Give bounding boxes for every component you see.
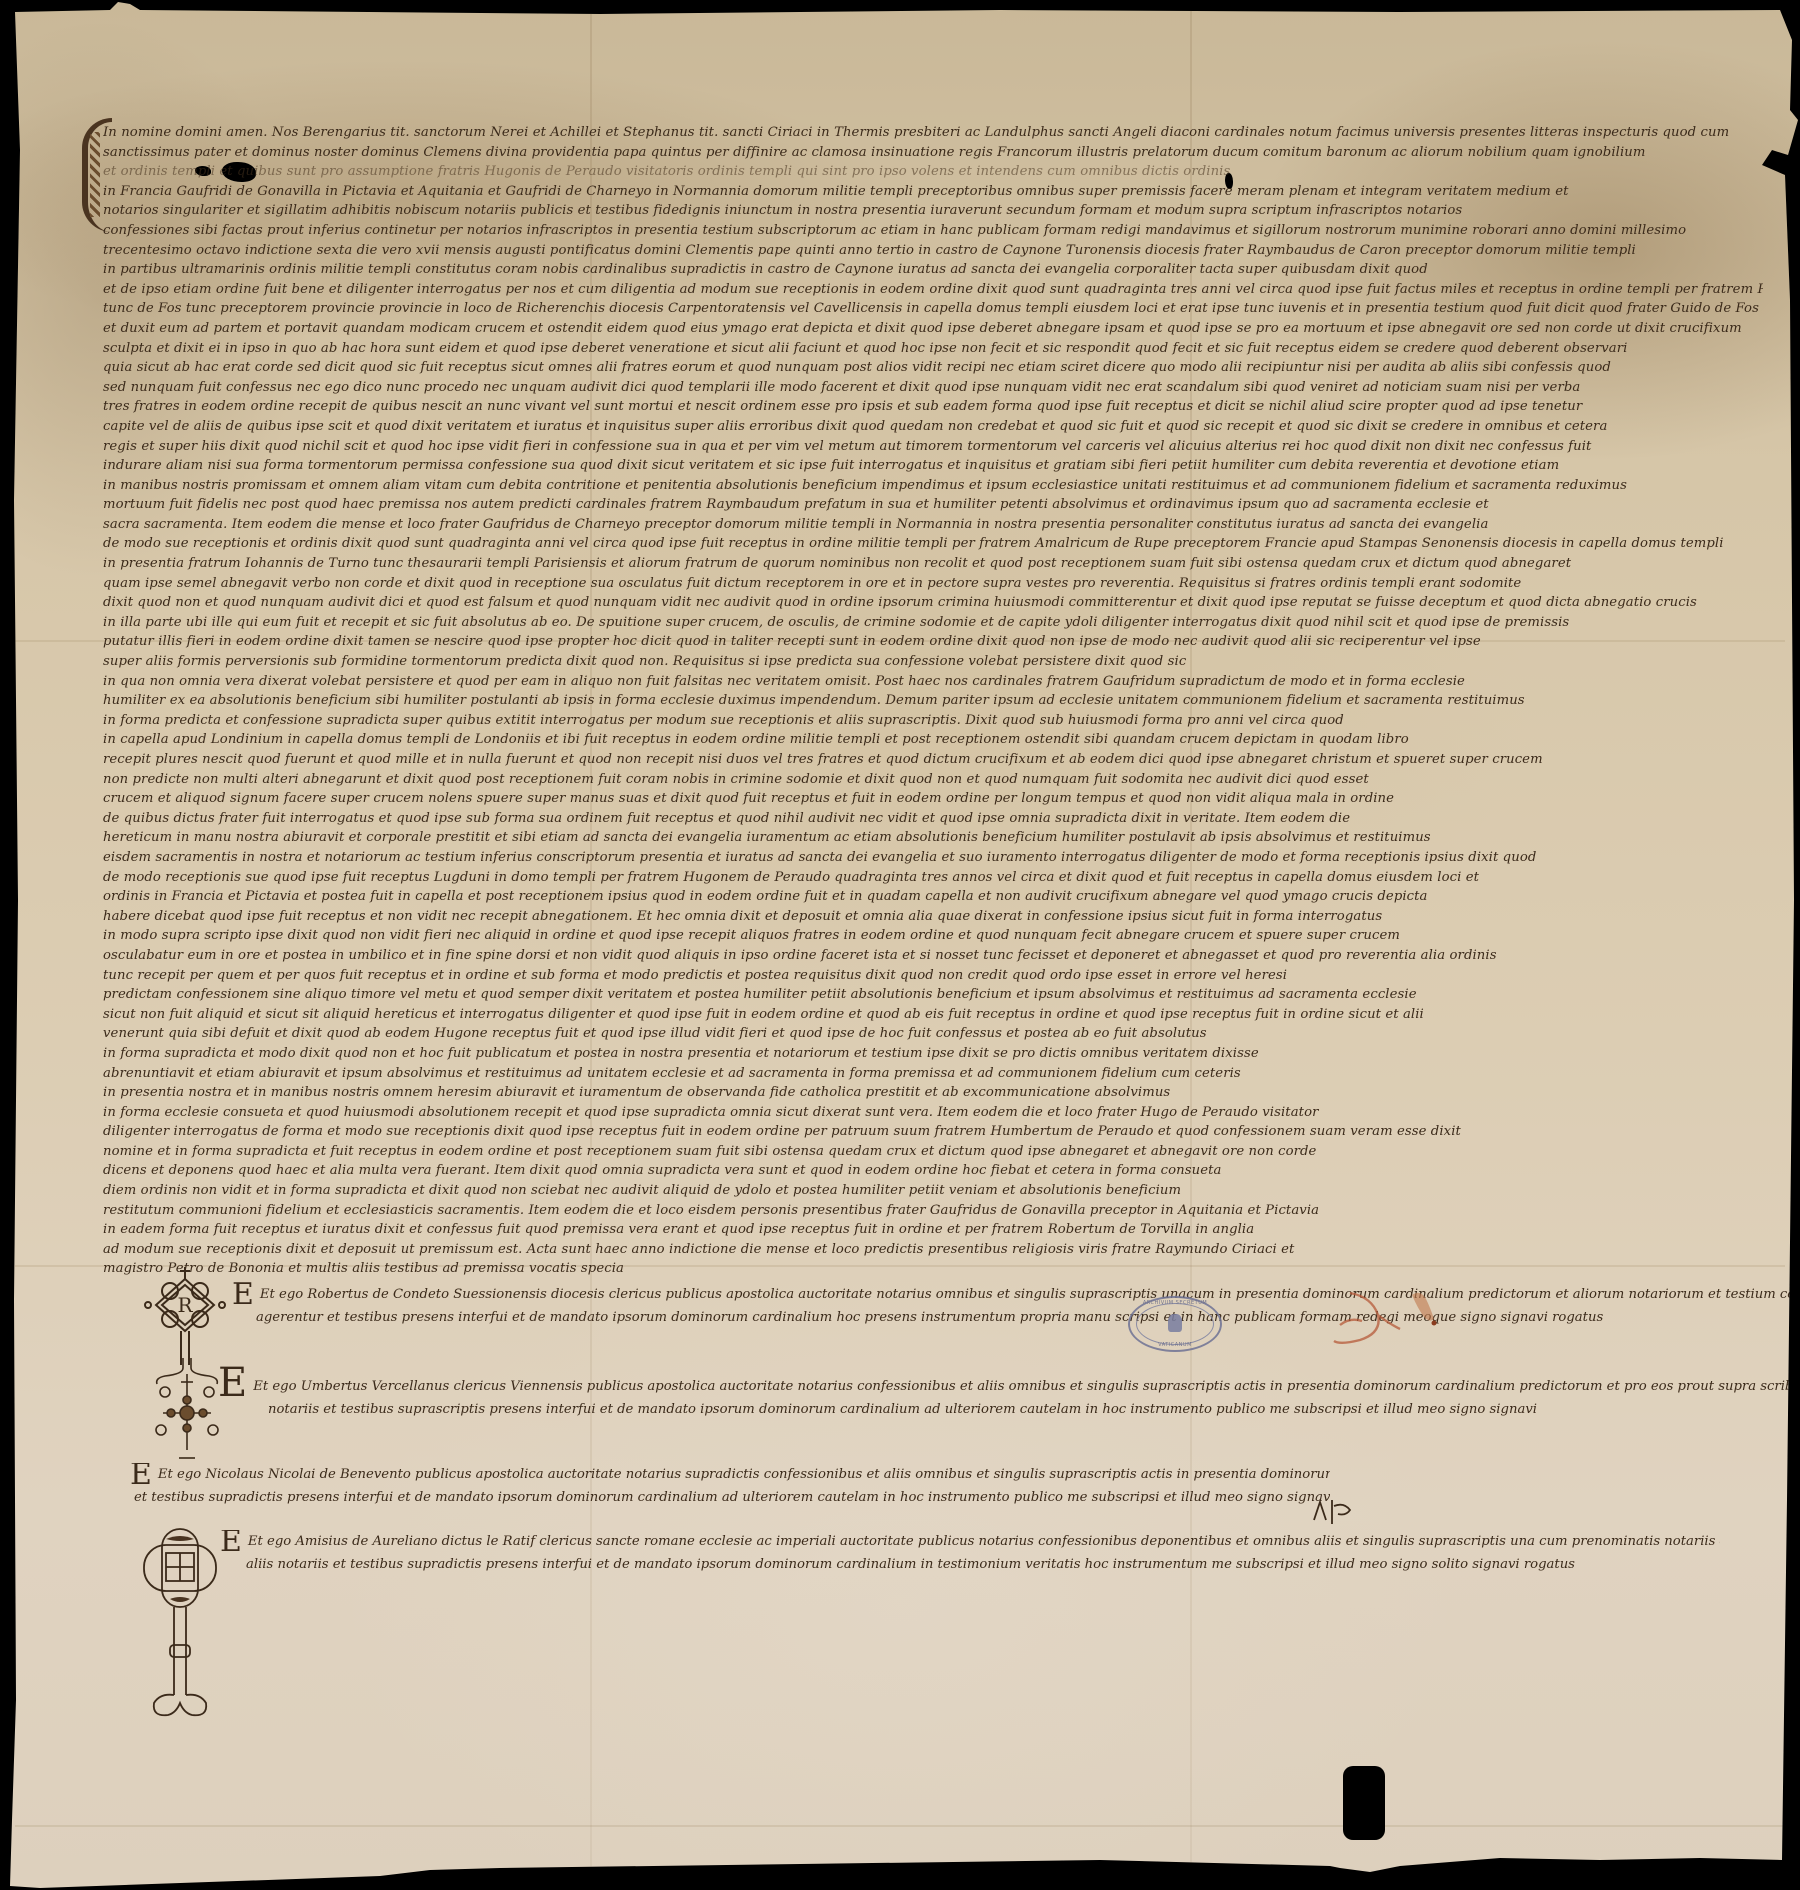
- text-line: diem ordinis non vidit et in forma supra…: [103, 1181, 1763, 1201]
- text-line: restitutum communioni fidelium et eccles…: [103, 1201, 1763, 1221]
- stamp-text-top: ARCHIVUM SECRETUM: [1130, 1300, 1220, 1306]
- notary-subscription-1: EEt ego Robertus de Condeto Suessionensi…: [232, 1283, 1800, 1329]
- text-line: et ordinis templi et quibus sunt pro ass…: [103, 162, 1763, 182]
- text-line: de quibus dictus frater fuit interrogatu…: [103, 809, 1763, 829]
- subscription-text: aliis notariis et testibus supradictis p…: [246, 1557, 1575, 1572]
- notarial-sign-key: [140, 1525, 220, 1725]
- text-line: in forma supradicta et modo dixit quod n…: [103, 1044, 1763, 1064]
- text-line: super aliis formis perversionis sub form…: [103, 652, 1763, 672]
- text-line: predictam confessionem sine aliquo timor…: [103, 985, 1763, 1005]
- papal-keys-icon: [1168, 1314, 1182, 1332]
- text-line: hereticum in manu nostra abiuravit et co…: [103, 828, 1763, 848]
- subscription-text: Et ego Umbertus Vercellanus clericus Vie…: [253, 1379, 1800, 1394]
- text-line: in partibus ultramarinis ordinis militie…: [103, 260, 1763, 280]
- initial-letter: E: [232, 1283, 254, 1306]
- fold-line-horizontal: [15, 1825, 1785, 1827]
- text-line: de modo receptionis sue quod ipse fuit r…: [103, 868, 1763, 888]
- text-line: trecentesimo octavo indictione sexta die…: [103, 241, 1763, 261]
- text-line: in presentia fratrum Iohannis de Turno t…: [103, 554, 1763, 574]
- main-text-body: In nomine domini amen. Nos Berengarius t…: [103, 123, 1763, 1279]
- text-line: ordinis in Francia et Pictavia et postea…: [103, 887, 1763, 907]
- subscription-text: Et ego Nicolaus Nicolai de Benevento pub…: [158, 1467, 1330, 1482]
- text-line: capite vel de aliis de quibus ipse scit …: [103, 417, 1763, 437]
- text-line: et de ipso etiam ordine fuit bene et dil…: [103, 280, 1763, 300]
- text-line: in eadem forma fuit receptus et iuratus …: [103, 1220, 1763, 1240]
- text-line: diligenter interrogatus de forma et modo…: [103, 1122, 1763, 1142]
- text-line: venerunt quia sibi defuit et dixit quod …: [103, 1024, 1763, 1044]
- text-line: quia sicut ab hac erat corde sed dicit q…: [103, 358, 1763, 378]
- text-line: sculpta et dixit ei in ipso in quo ab ha…: [103, 339, 1763, 359]
- text-line: indurare aliam nisi sua forma tormentoru…: [103, 456, 1763, 476]
- text-line: putatur illis fieri in eodem ordine dixi…: [103, 632, 1763, 652]
- text-line: sicut non fuit aliquid et sicut sit aliq…: [103, 1005, 1763, 1025]
- text-line: et duxit eum ad partem et portavit quand…: [103, 319, 1763, 339]
- text-line: regis et super hiis dixit quod nichil sc…: [103, 437, 1763, 457]
- text-line: in presentia nostra et in manibus nostri…: [103, 1083, 1763, 1103]
- text-line: in forma predicta et confessione supradi…: [103, 711, 1763, 731]
- text-line: in modo supra scripto ipse dixit quod no…: [103, 926, 1763, 946]
- notary-subscription-4: EEt ego Amisius de Aureliano dictus le R…: [220, 1530, 1720, 1576]
- svg-text:R: R: [177, 1293, 193, 1317]
- text-line: dixit quod non et quod nunquam audivit d…: [103, 593, 1763, 613]
- text-line: nomine et in forma supradicta et fuit re…: [103, 1142, 1763, 1162]
- text-line: in Francia Gaufridi de Gonavilla in Pict…: [103, 182, 1763, 202]
- notary-subscription-3: EEt ego Nicolaus Nicolai de Benevento pu…: [130, 1463, 1330, 1509]
- text-line: habere dicebat quod ipse fuit receptus e…: [103, 907, 1763, 927]
- notary-subscription-2: EEt ego Umbertus Vercellanus clericus Vi…: [218, 1372, 1800, 1421]
- text-line: quam ipse semel abnegavit verbo non cord…: [103, 574, 1763, 594]
- notarial-sign-R: R: [140, 1265, 230, 1370]
- text-line: eisdem sacramentis in nostra et notarior…: [103, 848, 1763, 868]
- text-line: sacra sacramenta. Item eodem die mense e…: [103, 515, 1763, 535]
- stamp-text-bottom: VATICANUM: [1130, 1342, 1220, 1348]
- text-line: osculabatur eum in ore et postea in umbi…: [103, 946, 1763, 966]
- text-line: de modo sue receptionis et ordinis dixit…: [103, 534, 1763, 554]
- text-line: tres fratres in eodem ordine recepit de …: [103, 397, 1763, 417]
- text-line: in forma ecclesie consueta et quod huius…: [103, 1103, 1763, 1123]
- text-line: non predicte non multi alteri abnegarunt…: [103, 770, 1763, 790]
- text-line: In nomine domini amen. Nos Berengarius t…: [103, 123, 1763, 143]
- text-line: sanctissimus pater et dominus noster dom…: [103, 143, 1763, 163]
- archive-stamp: ARCHIVUM SECRETUM VATICANUM: [1128, 1296, 1222, 1352]
- initial-letter: E: [218, 1372, 247, 1395]
- text-line: humiliter ex ea absolutionis beneficium …: [103, 691, 1763, 711]
- text-line: crucem et aliquod signum facere super cr…: [103, 789, 1763, 809]
- text-line: mortuum fuit fidelis nec post quod haec …: [103, 495, 1763, 515]
- text-line: sed nunquam fuit confessus nec ego dico …: [103, 378, 1763, 398]
- red-marginal-drawing: [1320, 1285, 1450, 1355]
- text-line: in manibus nostris promissam et omnem al…: [103, 476, 1763, 496]
- subscription-text: Et ego Robertus de Condeto Suessionensis…: [260, 1287, 1800, 1302]
- text-line: ad modum sue receptionis dixit et deposu…: [103, 1240, 1763, 1260]
- text-line: recepit plures nescit quod fuerunt et qu…: [103, 750, 1763, 770]
- text-line: in qua non omnia vera dixerat volebat pe…: [103, 672, 1763, 692]
- initial-letter: E: [130, 1463, 152, 1486]
- subscription-text: Et ego Amisius de Aureliano dictus le Ra…: [248, 1534, 1720, 1549]
- parchment-hole: [1343, 1766, 1385, 1840]
- subscription-text: et testibus supradictis presens interfui…: [134, 1490, 1330, 1505]
- text-line: abrenuntiavit et etiam abiuravit et ipsu…: [103, 1064, 1763, 1084]
- text-line: confessiones sibi factas prout inferius …: [103, 221, 1763, 241]
- parchment: In nomine domini amen. Nos Berengarius t…: [0, 0, 1800, 1890]
- notarial-sign-NN: [1310, 1496, 1360, 1526]
- text-line: dicens et deponens quod haec et alia mul…: [103, 1161, 1763, 1181]
- text-line: in capella apud Londinium in capella dom…: [103, 730, 1763, 750]
- text-line: tunc de Fos tunc preceptorem provincie p…: [103, 299, 1763, 319]
- initial-letter: E: [220, 1530, 242, 1553]
- subscription-text: notariis et testibus suprascriptis prese…: [268, 1402, 1537, 1417]
- text-line: in illa parte ubi ille qui eum fuit et r…: [103, 613, 1763, 633]
- text-line: notarios singulariter et sigillatim adhi…: [103, 201, 1763, 221]
- text-line: tunc recepit per quem et per quos fuit r…: [103, 966, 1763, 986]
